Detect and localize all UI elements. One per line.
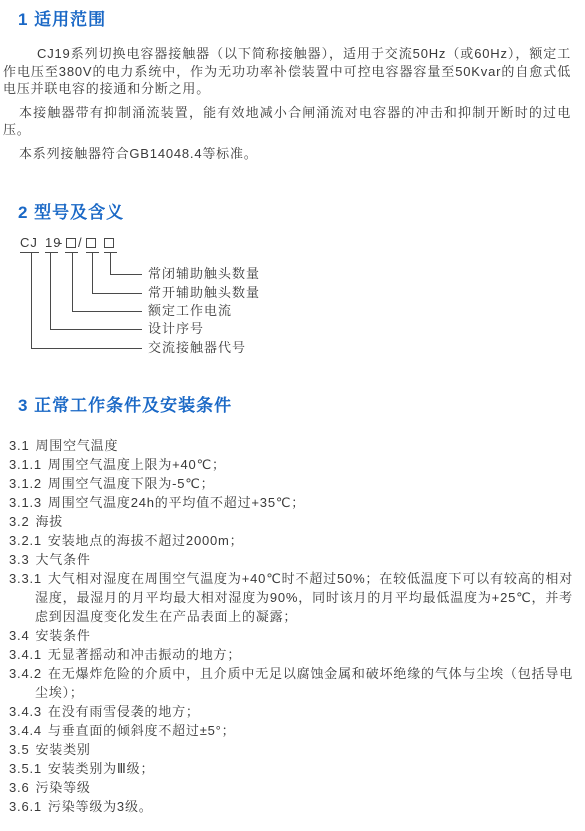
item-text: 周围空气温度上限为+40℃； xyxy=(48,457,226,472)
section-model-designation: 2 型号及含义 CJ 19 - / 常闭辅助触头数量 常开辅助触头数量 额定工作… xyxy=(0,203,585,361)
item-text: 与垂直面的倾斜度不超过±5°； xyxy=(48,723,236,738)
model-hyphen: - xyxy=(58,236,63,250)
model-box-no-aux-contacts xyxy=(86,238,96,248)
item-text: 无显著摇动和冲击振动的地方； xyxy=(48,647,241,662)
paragraph: CJ19系列切换电容器接触器（以下简称接触器），适用于交流50Hz（或60Hz）… xyxy=(3,45,571,98)
item-number: 3.1 xyxy=(9,438,29,453)
leader-vertical xyxy=(92,252,93,293)
item-text: 周围空气温度24h的平均值不超过+35℃； xyxy=(48,495,305,510)
leader-horizontal xyxy=(50,329,142,330)
section3-title: 3 正常工作条件及安装条件 xyxy=(18,396,585,416)
condition-item: 3.2.1安装地点的海拔不超过2000m； xyxy=(9,531,573,550)
document-page: { "page": { "background": "#ffffff", "te… xyxy=(0,0,585,831)
leader-vertical xyxy=(72,252,73,311)
condition-item: 3.1.3周围空气温度24h的平均值不超过+35℃； xyxy=(9,493,573,512)
section-working-conditions: 3 正常工作条件及安装条件 3.1周围空气温度 3.1.1周围空气温度上限为+4… xyxy=(0,396,585,816)
leader-vertical xyxy=(110,252,111,274)
condition-item: 3.4.2在无爆炸危险的介质中，且介质中无足以腐蚀金属和破坏绝缘的气体与尘埃（包… xyxy=(9,664,573,702)
condition-list: 3.1周围空气温度 3.1.1周围空气温度上限为+40℃； 3.1.2周围空气温… xyxy=(0,436,585,816)
item-number: 3.3 xyxy=(9,552,29,567)
item-text: 安装条件 xyxy=(35,628,90,643)
underline-prefix xyxy=(20,252,39,253)
condition-item: 3.4.1无显著摇动和冲击振动的地方； xyxy=(9,645,573,664)
paragraph: 本接触器带有抑制涌流装置，能有效地减小合闸涌流对电容器的冲击和抑制开断时的过电压… xyxy=(3,104,571,139)
item-text: 污染等级为3级。 xyxy=(48,799,153,814)
item-text: 污染等级 xyxy=(35,780,90,795)
item-text: 周围空气温度下限为-5℃； xyxy=(48,476,215,491)
item-number: 3.4 xyxy=(9,628,29,643)
item-number: 3.6 xyxy=(9,780,29,795)
condition-item: 3.2海拔 xyxy=(9,512,573,531)
item-text: 周围空气温度 xyxy=(35,438,118,453)
model-label-no-aux-contacts: 常开辅助触头数量 xyxy=(148,284,260,302)
item-text: 安装地点的海拔不超过2000m； xyxy=(48,533,244,548)
leader-vertical xyxy=(50,252,51,329)
item-number: 3.3.1 xyxy=(9,571,42,586)
leader-horizontal xyxy=(92,293,142,294)
item-number: 3.2 xyxy=(9,514,29,529)
item-number: 3.5 xyxy=(9,742,29,757)
condition-item: 3.5安装类别 xyxy=(9,740,573,759)
model-label-design-serial: 设计序号 xyxy=(148,320,204,338)
item-number: 3.2.1 xyxy=(9,533,42,548)
condition-item: 3.4.3在没有雨雪侵袭的地方； xyxy=(9,702,573,721)
leader-vertical xyxy=(31,252,32,348)
condition-item: 3.1周围空气温度 xyxy=(9,436,573,455)
condition-item: 3.4.4与垂直面的倾斜度不超过±5°； xyxy=(9,721,573,740)
underline-series xyxy=(45,252,58,253)
section1-body: CJ19系列切换电容器接触器（以下简称接触器），适用于交流50Hz（或60Hz）… xyxy=(0,45,585,162)
paragraph: 本系列接触器符合GB14048.4等标准。 xyxy=(3,145,571,163)
model-slash: / xyxy=(78,236,83,250)
model-label-rated-current: 额定工作电流 xyxy=(148,302,232,320)
leader-horizontal xyxy=(72,311,142,312)
model-prefix: CJ xyxy=(20,236,38,250)
item-number: 3.4.3 xyxy=(9,704,42,719)
model-box-nc-aux-contacts xyxy=(104,238,114,248)
condition-item: 3.1.1周围空气温度上限为+40℃； xyxy=(9,455,573,474)
item-number: 3.4.4 xyxy=(9,723,42,738)
leader-horizontal xyxy=(31,348,142,349)
item-number: 3.6.1 xyxy=(9,799,42,814)
item-number: 3.1.1 xyxy=(9,457,42,472)
condition-item: 3.6.1污染等级为3级。 xyxy=(9,797,573,816)
condition-item: 3.4安装条件 xyxy=(9,626,573,645)
item-number: 3.1.3 xyxy=(9,495,42,510)
model-designation-diagram: CJ 19 - / 常闭辅助触头数量 常开辅助触头数量 额定工作电流 设计序号 … xyxy=(20,236,420,361)
item-text: 安装类别 xyxy=(35,742,90,757)
model-label-contactor-code: 交流接触器代号 xyxy=(148,339,246,357)
section2-title: 2 型号及含义 xyxy=(18,203,585,223)
condition-item: 3.6污染等级 xyxy=(9,778,573,797)
item-text: 海拔 xyxy=(35,514,63,529)
item-text: 大气相对湿度在周围空气温度为+40℃时不超过50%；在较低温度下可以有较高的相对… xyxy=(35,571,573,624)
condition-item: 3.3大气条件 xyxy=(9,550,573,569)
item-text: 在没有雨雪侵袭的地方； xyxy=(48,704,200,719)
model-box-rated-current xyxy=(66,238,76,248)
item-number: 3.1.2 xyxy=(9,476,42,491)
model-label-nc-aux-contacts: 常闭辅助触头数量 xyxy=(148,265,260,283)
condition-item: 3.5.1安装类别为Ⅲ级； xyxy=(9,759,573,778)
condition-item: 3.3.1大气相对湿度在周围空气温度为+40℃时不超过50%；在较低温度下可以有… xyxy=(9,569,573,626)
section1-title: 1 适用范围 xyxy=(18,10,585,30)
item-text: 安装类别为Ⅲ级； xyxy=(48,761,154,776)
item-text: 在无爆炸危险的介质中，且介质中无足以腐蚀金属和破坏绝缘的气体与尘埃（包括导电尘埃… xyxy=(35,666,573,700)
condition-item: 3.1.2周围空气温度下限为-5℃； xyxy=(9,474,573,493)
leader-horizontal xyxy=(110,274,142,275)
item-number: 3.4.1 xyxy=(9,647,42,662)
section-scope: 1 适用范围 CJ19系列切换电容器接触器（以下简称接触器），适用于交流50Hz… xyxy=(0,10,585,162)
item-number: 3.5.1 xyxy=(9,761,42,776)
item-number: 3.4.2 xyxy=(9,666,42,681)
item-text: 大气条件 xyxy=(35,552,90,567)
